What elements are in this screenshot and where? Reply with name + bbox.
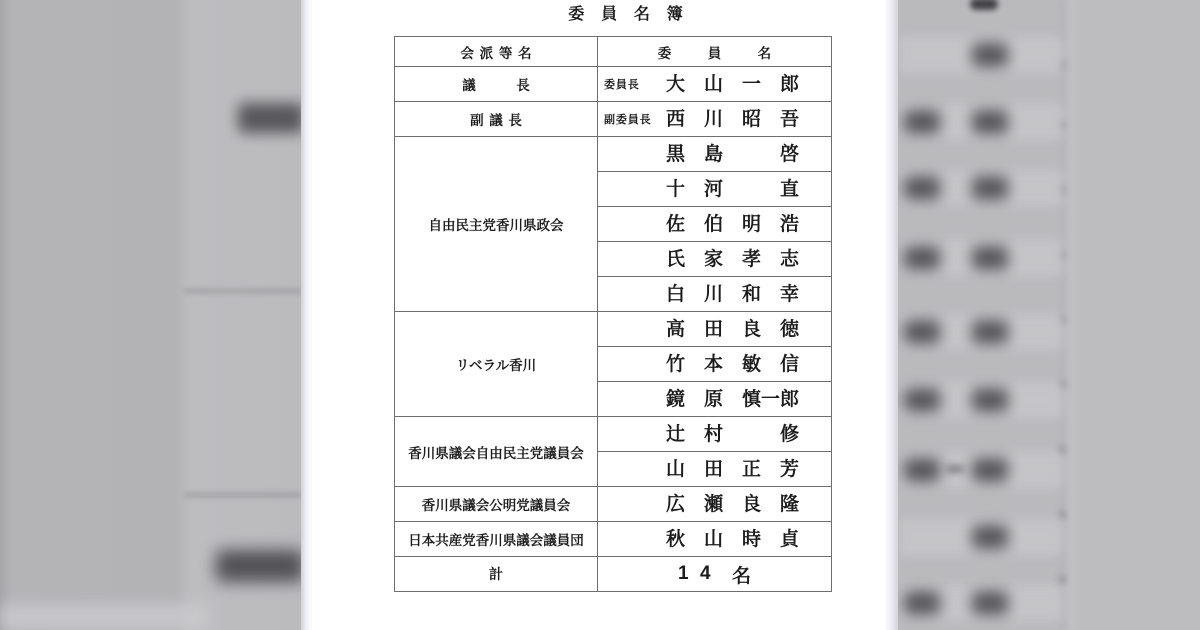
blurred-text-blob	[216, 550, 301, 582]
member-cell: 佐伯 明浩	[598, 207, 832, 242]
faction-cell: 日本共産党香川県議会議員団	[395, 522, 598, 557]
table-row: 議 長 委員長 大山 一郎	[395, 67, 832, 102]
faction-cell: 香川県議会自由民主党議員会	[395, 417, 598, 487]
faction-cell: 香川県議会公明党議員会	[395, 487, 598, 522]
document-page: 委員名簿 会派等名 委員名 議 長 委員長 大山 一郎 副議長	[313, 0, 884, 630]
member-name: 白川 和幸	[666, 285, 799, 304]
table-row: 香川県議会自由民主党議員会 辻村 修	[395, 417, 832, 452]
table-row: 副議長 副委員長 西川 昭吾	[395, 102, 832, 137]
member-cell: 辻村 修	[598, 417, 832, 452]
member-column-header: 委員名	[598, 37, 832, 67]
member-name: 鏡原 慎一郎	[666, 390, 799, 409]
blurred-text-blob	[972, 458, 1008, 482]
table-row: 香川県議会公明党議員会 広瀬 良隆	[395, 487, 832, 522]
page-edge-left	[301, 0, 313, 630]
member-cell: 白川 和幸	[598, 277, 832, 312]
total-value-cell: 14 名	[598, 557, 832, 592]
faction-cell: 自由民主党香川県政会	[395, 137, 598, 312]
member-name: 辻村 修	[666, 425, 799, 444]
member-cell: 十河 直	[598, 172, 832, 207]
blurred-text-blob	[238, 103, 301, 133]
blurred-text-blob	[904, 458, 940, 482]
blurred-text-blob	[972, 388, 1008, 412]
table-header-row: 会派等名 委員名	[395, 37, 832, 67]
blurred-text-blob	[946, 466, 964, 472]
total-unit: 名	[732, 561, 751, 588]
blurred-light-band	[0, 604, 210, 630]
blurred-text-blob	[972, 591, 1008, 615]
member-cell: 広瀬 良隆	[598, 487, 832, 522]
page-edge-right	[884, 0, 898, 630]
blurred-text-blob	[972, 110, 1008, 134]
blurred-text-blob	[972, 320, 1008, 344]
member-name: 広瀬 良隆	[666, 495, 799, 514]
blurred-text-blob	[904, 246, 940, 270]
member-name: 西川 昭吾	[666, 110, 799, 129]
member-cell: 竹本 敏信	[598, 347, 832, 382]
member-name: 秋山 時貞	[666, 530, 799, 549]
faction-cell: 副議長	[395, 102, 598, 137]
member-cell: 黒島 啓	[598, 137, 832, 172]
member-name: 佐伯 明浩	[666, 215, 799, 234]
blurred-text-blob	[972, 43, 1008, 67]
member-name: 高田 良徳	[666, 320, 799, 339]
total-label-cell: 計	[395, 557, 598, 592]
blurred-text-blob	[972, 525, 1008, 549]
member-cell: 秋山 時貞	[598, 522, 832, 557]
screenshot-canvas: 委員名簿 会派等名 委員名 議 長 委員長 大山 一郎 副議長	[0, 0, 1200, 630]
blurred-text-blob	[904, 388, 940, 412]
table-total-row: 計 14 名	[395, 557, 832, 592]
member-role: 委員長	[604, 76, 640, 92]
member-cell: 高田 良徳	[598, 312, 832, 347]
member-cell: 氏家 孝志	[598, 242, 832, 277]
member-role: 副委員長	[604, 111, 652, 127]
blurred-text-blob	[972, 246, 1008, 270]
blurred-line-end	[1058, 575, 1066, 585]
blurred-text-blob	[972, 176, 1008, 200]
member-name: 竹本 敏信	[666, 355, 799, 374]
blurred-right-page	[898, 0, 1200, 630]
blurred-text-blob	[904, 320, 940, 344]
member-name: 十河 直	[666, 180, 799, 199]
faction-cell: リベラル香川	[395, 312, 598, 417]
total-count: 14	[678, 563, 722, 585]
doc-title: 委員名簿	[407, 1, 844, 24]
table-row: 自由民主党香川県政会 黒島 啓	[395, 137, 832, 172]
blurred-left-page	[0, 0, 301, 630]
faction-cell: 議 長	[395, 67, 598, 102]
member-name: 氏家 孝志	[666, 250, 799, 269]
blurred-text-blob	[904, 176, 940, 200]
member-cell: 山田 正芳	[598, 452, 832, 487]
table-row: リベラル香川 高田 良徳	[395, 312, 832, 347]
table-row: 日本共産党香川県議会議員団 秋山 時貞	[395, 522, 832, 557]
blurred-rule-line	[184, 289, 301, 293]
blurred-text-blob	[904, 110, 940, 134]
blurred-text-blob	[970, 0, 998, 10]
blurred-rule-line	[184, 493, 301, 497]
member-cell: 副委員長 西川 昭吾	[598, 102, 832, 137]
blurred-text-blob	[904, 591, 940, 615]
member-name: 黒島 啓	[666, 145, 799, 164]
member-name: 大山 一郎	[666, 75, 799, 94]
member-cell: 鏡原 慎一郎	[598, 382, 832, 417]
member-roster-table: 会派等名 委員名 議 長 委員長 大山 一郎 副議長 副委員長 西川	[394, 36, 832, 592]
member-name: 山田 正芳	[666, 460, 799, 479]
member-cell: 委員長 大山 一郎	[598, 67, 832, 102]
faction-column-header: 会派等名	[395, 37, 598, 67]
